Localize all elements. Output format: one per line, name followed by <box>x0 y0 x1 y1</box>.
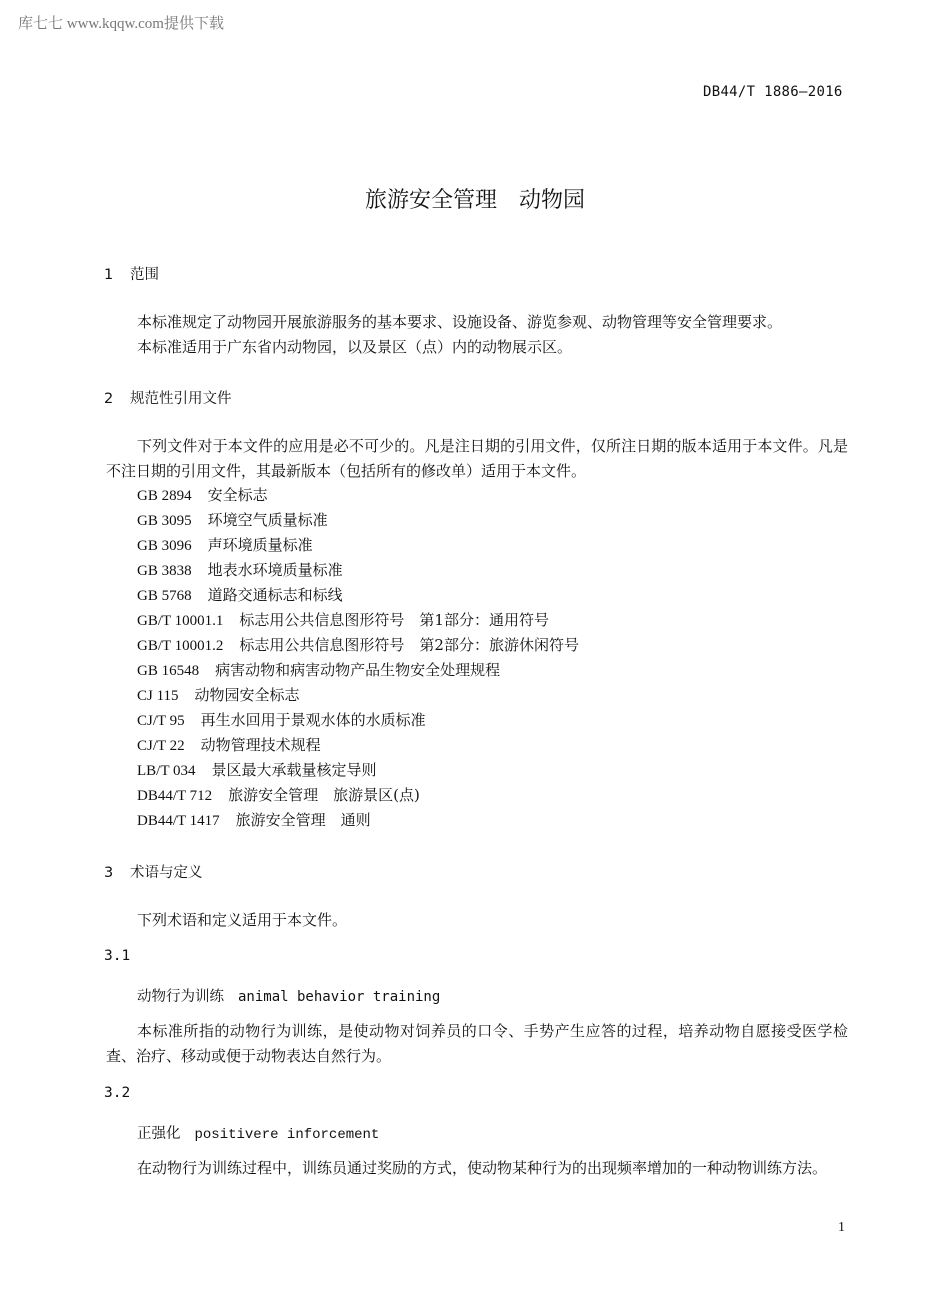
reference-item: GB/T 10001.2标志用公共信息图形符号 第2部分：旅游休闲符号 <box>137 634 579 655</box>
reference-item: GB 3838地表水环境质量标准 <box>137 559 343 580</box>
term-heading: 正强化positivere inforcement <box>137 1122 379 1143</box>
page-number: 1 <box>838 1220 845 1236</box>
term-english: positivere inforcement <box>195 1127 380 1143</box>
reference-item: GB 2894安全标志 <box>137 484 268 505</box>
reference-item: GB 5768道路交通标志和标线 <box>137 584 343 605</box>
section-heading-2: 2规范性引用文件 <box>104 387 232 408</box>
term-number: 3.1 <box>104 948 130 964</box>
term-english: animal behavior training <box>238 989 440 1005</box>
reference-item: LB/T 034景区最大承载量核定导则 <box>137 759 377 780</box>
reference-item: GB 3095环境空气质量标准 <box>137 509 328 530</box>
section-heading-1: 1范围 <box>104 263 159 284</box>
paragraph: 本标准适用于广东省内动物园，以及景区（点）内的动物展示区。 <box>106 335 848 360</box>
term-chinese: 动物行为训练 <box>137 989 224 1005</box>
term-definition: 在动物行为训练过程中，训练员通过奖励的方式，使动物某种行为的出现频率增加的一种动… <box>106 1156 848 1181</box>
reference-item: GB/T 10001.1标志用公共信息图形符号 第1部分：通用符号 <box>137 609 549 630</box>
section-title: 规范性引用文件 <box>130 391 232 407</box>
paragraph: 本标准规定了动物园开展旅游服务的基本要求、设施设备、游览参观、动物管理等安全管理… <box>106 310 848 335</box>
section-number: 1 <box>104 267 130 283</box>
section-number: 3 <box>104 865 130 881</box>
section-title: 术语与定义 <box>130 865 203 881</box>
section-title: 范围 <box>130 267 159 283</box>
document-number: DB44/T 1886—2016 <box>703 84 843 100</box>
section-number: 2 <box>104 391 130 407</box>
term-chinese: 正强化 <box>137 1126 181 1142</box>
paragraph: 下列术语和定义适用于本文件。 <box>106 908 848 933</box>
reference-item: DB44/T 712旅游安全管理 旅游景区(点) <box>137 784 420 805</box>
paragraph: 下列文件对于本文件的应用是必不可少的。凡是注日期的引用文件，仅所注日期的版本适用… <box>106 434 848 484</box>
reference-item: CJ/T 95再生水回用于景观水体的水质标准 <box>137 709 426 730</box>
term-heading: 动物行为训练animal behavior training <box>137 985 440 1006</box>
document-title: 旅游安全管理 动物园 <box>0 183 950 214</box>
reference-item: CJ 115动物园安全标志 <box>137 684 300 705</box>
reference-item: CJ/T 22动物管理技术规程 <box>137 734 321 755</box>
term-number: 3.2 <box>104 1085 130 1101</box>
reference-item: GB 16548病害动物和病害动物产品生物安全处理规程 <box>137 659 500 680</box>
section-heading-3: 3术语与定义 <box>104 861 203 882</box>
reference-item: GB 3096声环境质量标准 <box>137 534 313 555</box>
term-definition: 本标准所指的动物行为训练，是使动物对饲养员的口令、手势产生应答的过程，培养动物自… <box>106 1019 848 1069</box>
watermark: 库七七 www.kqqw.com提供下载 <box>18 12 224 33</box>
reference-item: DB44/T 1417旅游安全管理 通则 <box>137 809 371 830</box>
